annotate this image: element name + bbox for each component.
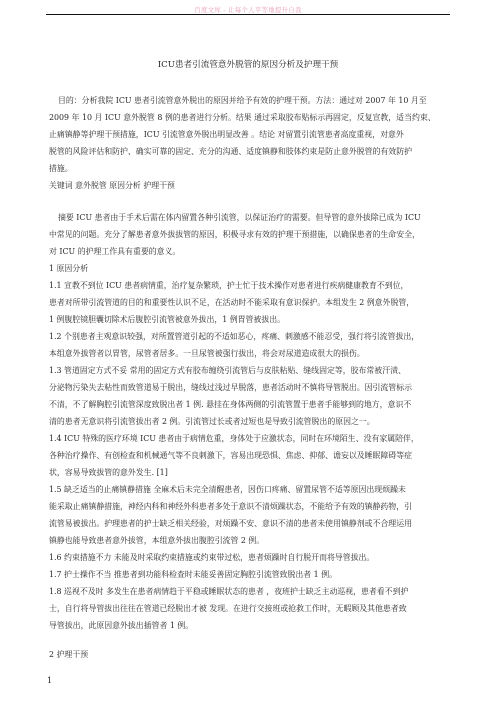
section1-line: 患者对所带引流管道的目的和重要性认识不足，在活动时不能采取有意识保护。本组发生 … xyxy=(49,298,459,308)
section1-line: 不清，不了解胸腔引流管深度致脱出者 1 例. 悬挂在身体两侧的引流管置于患者手能… xyxy=(49,400,459,410)
section1-line: 状，容易导致拔管的意外发生. [1] xyxy=(49,468,459,478)
summary-line: 对 ICU 的护理工作具有重要的意义。 xyxy=(49,247,459,257)
abstract-line: 脱管的风险评估和防护、确实可靠的固定、充分的沟通、适度镇静和肢体约束是防止意外脱… xyxy=(49,147,459,157)
section1-line: 1.7 护士操作不当 推患者到功能科检查时未能妥善固定胸腔引流管致脱出者 1 例… xyxy=(49,570,459,580)
section1-line: 各种治疗操作、有创检查和机械通气等不良刺激下，容易出现恐惧、焦虑、抑郁、谵妄以及… xyxy=(49,451,459,461)
page-number: 1 xyxy=(47,676,52,685)
keywords-line: 关键词 意外脱管 原因分析 护理干预 xyxy=(49,181,459,191)
section1-line: 1.6 约束措施不力 未能及时采取约束措施或约束带过松，患者烦躁时自行脱开而将导… xyxy=(49,553,459,563)
summary-line: 摘要 ICU 患者由于手术后需在体内留置各种引流管，以保证治疗的需要。但导管的意… xyxy=(58,213,468,223)
document-title: ICU患者引流管意外脱管的原因分析及护理干预 xyxy=(0,58,496,70)
section1-line: 本组意外拔管者以胃管，尿管者居多。一旦尿管被强行拔出，将会对尿道造成很大的损伤。 xyxy=(49,349,459,359)
section1-line: 1.2 个别患者主观意识较强，对所置管道引起的不适如恶心，疼痛、刺激感不能忍受，… xyxy=(49,332,459,342)
section-heading-2: 2 护理干预 xyxy=(49,650,459,660)
section1-line: 1.3 管道固定方式不妥 常用的固定方式有胶布缠绕引流管后与皮肤粘贴、缝线固定等… xyxy=(49,366,459,376)
abstract-line: 止痛镇静等护理干预措施，ICU 引流管意外脱出明显改善 。结论 对留置引流管患者… xyxy=(49,130,459,140)
section1-line: 1.1 宣教不到位 ICU 患者病情重，治疗复杂繁琐，护士忙于技术操作对患者进行… xyxy=(49,281,459,291)
section1-line: 流管易被拔出。护理患者的护士缺乏相关经验，对烦躁不安、意识不清的患者未使用镇静剂… xyxy=(49,519,459,529)
section1-line: 分泌物污染失去粘性而致管道易于脱出，缝线过浅过早脱落，患者活动时不慎将导管脱出。… xyxy=(49,383,459,393)
section-heading-1: 1 原因分析 xyxy=(49,264,459,274)
abstract-line: 2009 年 10 月 ICU 意外脱管 8 例的患者进行分析。结果 通过采取胶… xyxy=(49,113,459,123)
header-divider xyxy=(46,14,450,15)
section1-line: 1.4 ICU 特殊的医疗环境 ICU 患者由于病情危重，身体处于应激状态，同时… xyxy=(49,434,459,444)
summary-line: 中常见的问题。充分了解患者意外拔拔管的原因，积极寻求有效的护理干预措施，以确保患… xyxy=(49,230,459,240)
section1-line: 镇静也能导致患者意外拔管，本组意外拔出腹腔引流管 2 例。 xyxy=(49,536,459,546)
section1-line: 1 例腹腔镜胆囊切除术后腹腔引流管被意外拔出，1 例胃管被拔出。 xyxy=(49,315,459,325)
section1-line: 1.8 巡视不及时 多发生在患者病情趋于平稳或睡眠状态的患者 ，夜班护士缺乏主动… xyxy=(49,587,459,597)
section1-line: 能采取止痛镇静措施，神经内科和神经外科患者多处于意识不清烦躁状态，不能给予有效的… xyxy=(49,502,459,512)
abstract-line: 措施。 xyxy=(49,164,459,174)
header-watermark: 百度文库 - 让每个人平等地提升自我 xyxy=(0,5,496,14)
abstract-line: 目的：分析我院 ICU 患者引流管意外脱出的原因并给予有效的护理干预。方法：通过… xyxy=(58,96,468,106)
section1-line: 导管拔出，此原因意外拔出插管者 1 例。 xyxy=(49,621,459,631)
section1-line: 士，自行将导管拔出往往在管道已经脱出才被 发现。在进行交接班或抢救工作时，无暇顾… xyxy=(49,604,459,614)
section1-line: 1.5 缺乏适当的止痛镇静措施 全麻术后未完全清醒患者，因伤口疼痛、留置尿管不适… xyxy=(49,485,459,495)
section1-line: 清的患者无意识将引流管拔出者 2 例。引流管过长或者过短也是导致引流管脱出的原因… xyxy=(49,417,459,427)
